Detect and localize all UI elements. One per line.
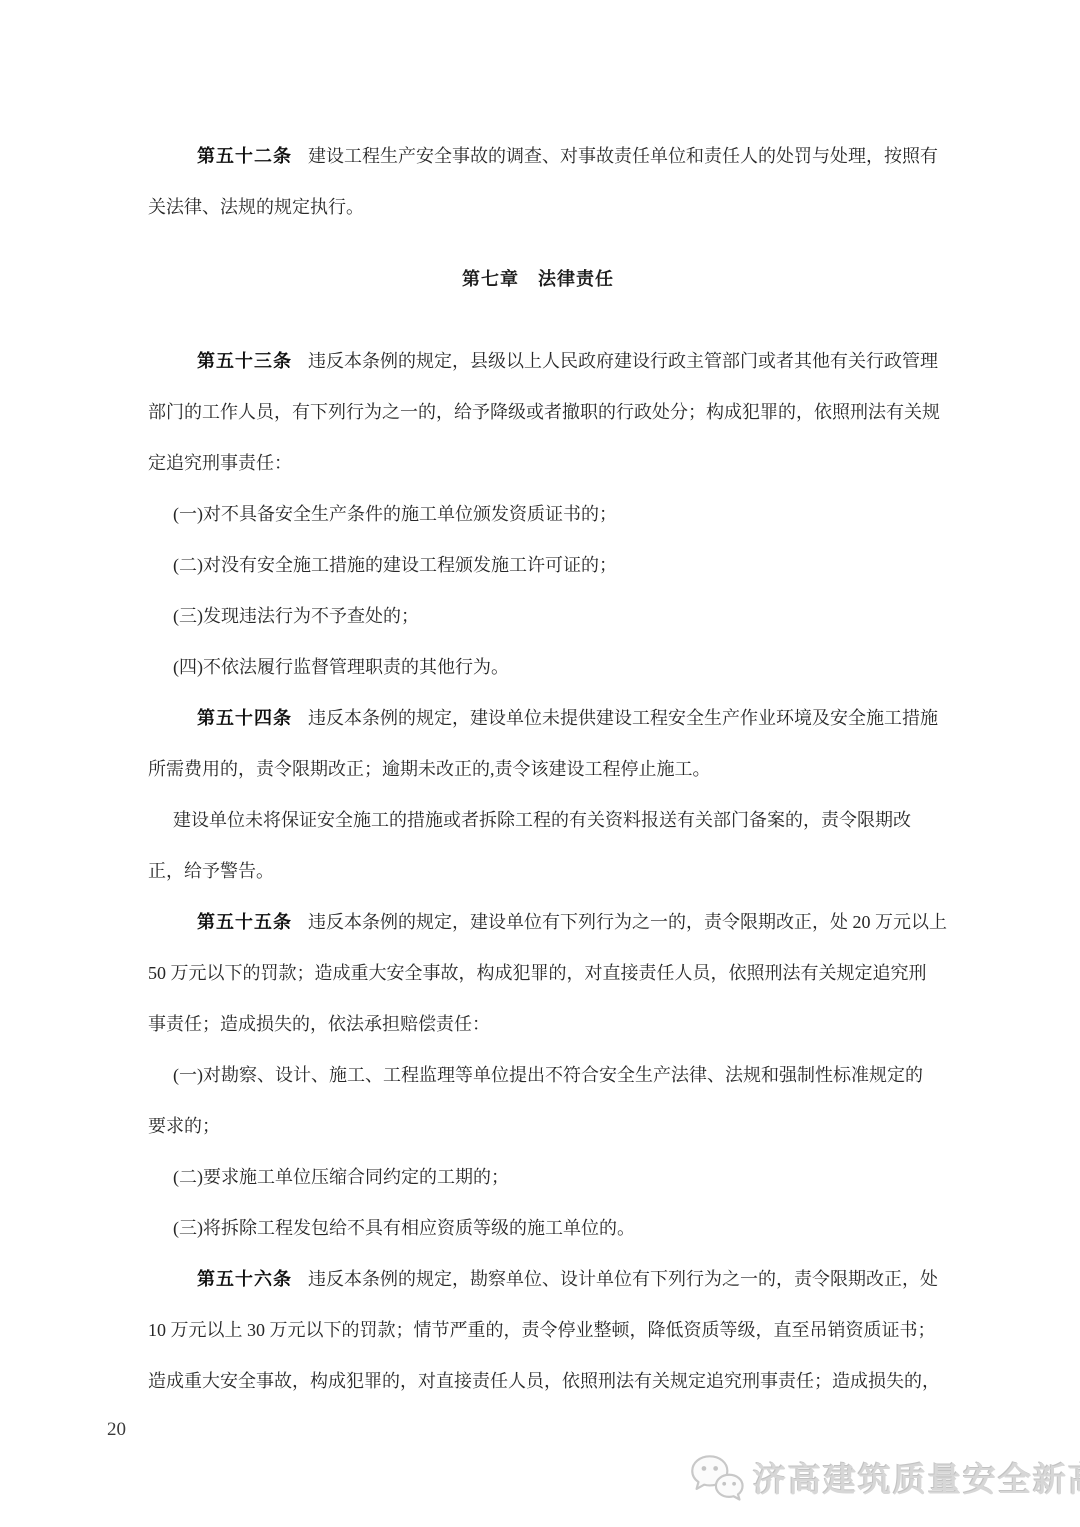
article-55-item-1-line-2: 要求的； bbox=[148, 1101, 928, 1152]
article-53-line-3: 定追究刑事责任： bbox=[148, 438, 928, 489]
line-text: 正，给予警告。 bbox=[148, 861, 274, 881]
line-text: 建设工程生产安全事故的调查、对事故责任单位和责任人的处罚与处理，按照有 bbox=[308, 146, 938, 166]
article-53-item-2: (二)对没有安全施工措施的建设工程颁发施工许可证的； bbox=[148, 540, 928, 591]
article-55-line-2: 50 万元以下的罚款；造成重大安全事故，构成犯罪的，对直接责任人员，依照刑法有关… bbox=[148, 948, 928, 999]
article-52-number: 第五十二条 bbox=[197, 146, 292, 166]
line-text: 违反本条例的规定，勘察单位、设计单位有下列行为之一的，责令限期改正，处 bbox=[308, 1269, 938, 1289]
article-53-number: 第五十三条 bbox=[197, 351, 292, 371]
article-56-number: 第五十六条 bbox=[197, 1269, 292, 1289]
article-55-item-3: (三)将拆除工程发包给不具有相应资质等级的施工单位的。 bbox=[148, 1203, 928, 1254]
article-54-number: 第五十四条 bbox=[197, 708, 292, 728]
article-53-line-1: 第五十三条违反本条例的规定，县级以上人民政府建设行政主管部门或者其他有关行政管理 bbox=[148, 336, 928, 387]
watermark-text: 济高建筑质量安全新高地 bbox=[753, 1454, 1080, 1501]
line-text: 要求的； bbox=[148, 1116, 220, 1136]
line-text: 违反本条例的规定，县级以上人民政府建设行政主管部门或者其他有关行政管理 bbox=[308, 351, 938, 371]
line-text: 50 万元以下的罚款；造成重大安全事故，构成犯罪的，对直接责任人员，依照刑法有关… bbox=[148, 963, 927, 983]
line-text: 部门的工作人员，有下列行为之一的，给予降级或者撤职的行政处分；构成犯罪的，依照刑… bbox=[148, 402, 940, 422]
line-text: 所需费用的，责令限期改正；逾期未改正的,责令该建设工程停止施工。 bbox=[148, 759, 711, 779]
article-54-line-2: 所需费用的，责令限期改正；逾期未改正的,责令该建设工程停止施工。 bbox=[148, 744, 928, 795]
line-text: (二)要求施工单位压缩合同约定的工期的； bbox=[173, 1167, 509, 1187]
article-55-item-2: (二)要求施工单位压缩合同约定的工期的； bbox=[148, 1152, 928, 1203]
line-text: 违反本条例的规定，建设单位有下列行为之一的，责令限期改正，处 20 万元以上 bbox=[308, 912, 947, 932]
line-text: (三)将拆除工程发包给不具有相应资质等级的施工单位的。 bbox=[173, 1218, 635, 1238]
article-54-line-4: 正，给予警告。 bbox=[148, 846, 928, 897]
line-text: 定追究刑事责任： bbox=[148, 453, 292, 473]
line-text: (四)不依法履行监督管理职责的其他行为。 bbox=[173, 657, 509, 677]
article-53-line-2: 部门的工作人员，有下列行为之一的，给予降级或者撤职的行政处分；构成犯罪的，依照刑… bbox=[148, 387, 928, 438]
article-56-line-1: 第五十六条违反本条例的规定，勘察单位、设计单位有下列行为之一的，责令限期改正，处 bbox=[148, 1254, 928, 1305]
wechat-logo-icon bbox=[690, 1452, 744, 1502]
line-text: 事责任；造成损失的，依法承担赔偿责任： bbox=[148, 1014, 490, 1034]
article-54-line-1: 第五十四条违反本条例的规定，建设单位未提供建设工程安全生产作业环境及安全施工措施 bbox=[148, 693, 928, 744]
line-text: 造成重大安全事故，构成犯罪的，对直接责任人员，依照刑法有关规定追究刑事责任；造成… bbox=[148, 1371, 940, 1391]
line-text: (一)对不具备安全生产条件的施工单位颁发资质证书的； bbox=[173, 504, 617, 524]
document-body: 第五十二条建设工程生产安全事故的调查、对事故责任单位和责任人的处罚与处理，按照有… bbox=[148, 131, 928, 1407]
article-56-line-3: 造成重大安全事故，构成犯罪的，对直接责任人员，依照刑法有关规定追究刑事责任；造成… bbox=[148, 1356, 928, 1407]
watermark: 济高建筑质量安全新高地 bbox=[690, 1452, 1080, 1502]
article-53-item-3: (三)发现违法行为不予查处的； bbox=[148, 591, 928, 642]
line-text: 违反本条例的规定，建设单位未提供建设工程安全生产作业环境及安全施工措施 bbox=[308, 708, 938, 728]
article-55-number: 第五十五条 bbox=[197, 912, 292, 932]
line-text: 10 万元以上 30 万元以下的罚款；情节严重的，责令停业整顿，降低资质等级，直… bbox=[148, 1320, 936, 1340]
page-number: 20 bbox=[107, 1419, 126, 1442]
article-55-line-3: 事责任；造成损失的，依法承担赔偿责任： bbox=[148, 999, 928, 1050]
article-53-item-1: (一)对不具备安全生产条件的施工单位颁发资质证书的； bbox=[148, 489, 928, 540]
article-55-item-1-line-1: (一)对勘察、设计、施工、工程监理等单位提出不符合安全生产法律、法规和强制性标准… bbox=[148, 1050, 928, 1101]
line-text: (三)发现违法行为不予查处的； bbox=[173, 606, 419, 626]
article-52-line-2: 关法律、法规的规定执行。 bbox=[148, 182, 928, 233]
line-text: 关法律、法规的规定执行。 bbox=[148, 197, 364, 217]
line-text: (一)对勘察、设计、施工、工程监理等单位提出不符合安全生产法律、法规和强制性标准… bbox=[173, 1065, 923, 1085]
article-55-line-1: 第五十五条违反本条例的规定，建设单位有下列行为之一的，责令限期改正，处 20 万… bbox=[148, 897, 928, 948]
article-54-line-3: 建设单位未将保证安全施工的措施或者拆除工程的有关资料报送有关部门备案的，责令限期… bbox=[148, 795, 928, 846]
article-53-item-4: (四)不依法履行监督管理职责的其他行为。 bbox=[148, 642, 928, 693]
line-text: (二)对没有安全施工措施的建设工程颁发施工许可证的； bbox=[173, 555, 617, 575]
article-52-line-1: 第五十二条建设工程生产安全事故的调查、对事故责任单位和责任人的处罚与处理，按照有 bbox=[148, 131, 928, 182]
line-text: 建设单位未将保证安全施工的措施或者拆除工程的有关资料报送有关部门备案的，责令限期… bbox=[173, 810, 911, 830]
article-56-line-2: 10 万元以上 30 万元以下的罚款；情节严重的，责令停业整顿，降低资质等级，直… bbox=[148, 1305, 928, 1356]
chapter-heading: 第七章 法律责任 bbox=[148, 254, 928, 305]
